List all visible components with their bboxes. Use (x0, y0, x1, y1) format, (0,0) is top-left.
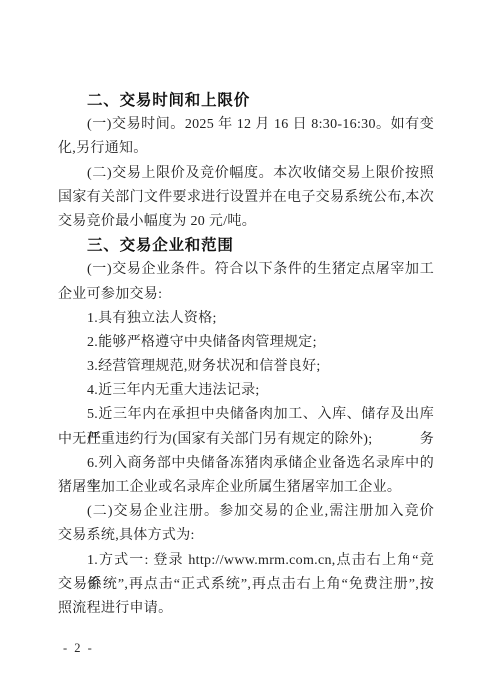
text-line: 国家有关部门文件要求进行设置并在电子交易系统公布,本次 (58, 186, 434, 210)
document-page: 二、交易时间和上限价(一)交易时间。2025 年 12 月 16 日 8:30-… (0, 0, 494, 700)
text-line: 交易竞价最小幅度为 20 元/吨。 (58, 210, 434, 234)
text-line: 6.列入商务部中央储备冻猪肉承储企业备选名录库中的生 (58, 452, 434, 476)
document-body: 二、交易时间和上限价(一)交易时间。2025 年 12 月 16 日 8:30-… (58, 89, 434, 621)
text-line: 1.具有独立法人资格; (58, 307, 434, 331)
text-line: 猪屠宰加工企业或名录库企业所属生猪屠宰加工企业。 (58, 476, 434, 500)
text-line: 4.近三年内无重大违法记录; (58, 379, 434, 403)
text-line: 化,另行通知。 (58, 137, 434, 161)
text-line: 5.近三年内在承担中央储备肉加工、入库、储存及出库任务 (58, 403, 434, 427)
text-line: 企业可参加交易: (58, 283, 434, 307)
text-line: (二)交易上限价及竞价幅度。本次收储交易上限价按照 (58, 162, 434, 186)
text-line: (二)交易企业注册。参加交易的企业,需注册加入竞价 (58, 500, 434, 524)
text-line: 二、交易时间和上限价 (58, 89, 434, 113)
text-line: (一)交易企业条件。符合以下条件的生猪定点屠宰加工 (58, 258, 434, 282)
page-number: - 2 - (63, 641, 94, 656)
text-line: 三、交易企业和范围 (58, 234, 434, 258)
text-line: 交易系统”,再点击“正式系统”,再点击右上角“免费注册”,按 (58, 573, 434, 597)
text-line: 交易系统,具体方式为: (58, 524, 434, 548)
text-line: 1.方式一: 登录 http://www.mrm.com.cn,点击右上角“竞价 (58, 549, 434, 573)
text-line: 2.能够严格遵守中央储备肉管理规定; (58, 331, 434, 355)
text-line: 照流程进行申请。 (58, 597, 434, 621)
text-line: (一)交易时间。2025 年 12 月 16 日 8:30-16:30。如有变 (58, 113, 434, 137)
text-line: 3.经营管理规范,财务状况和信誉良好; (58, 355, 434, 379)
